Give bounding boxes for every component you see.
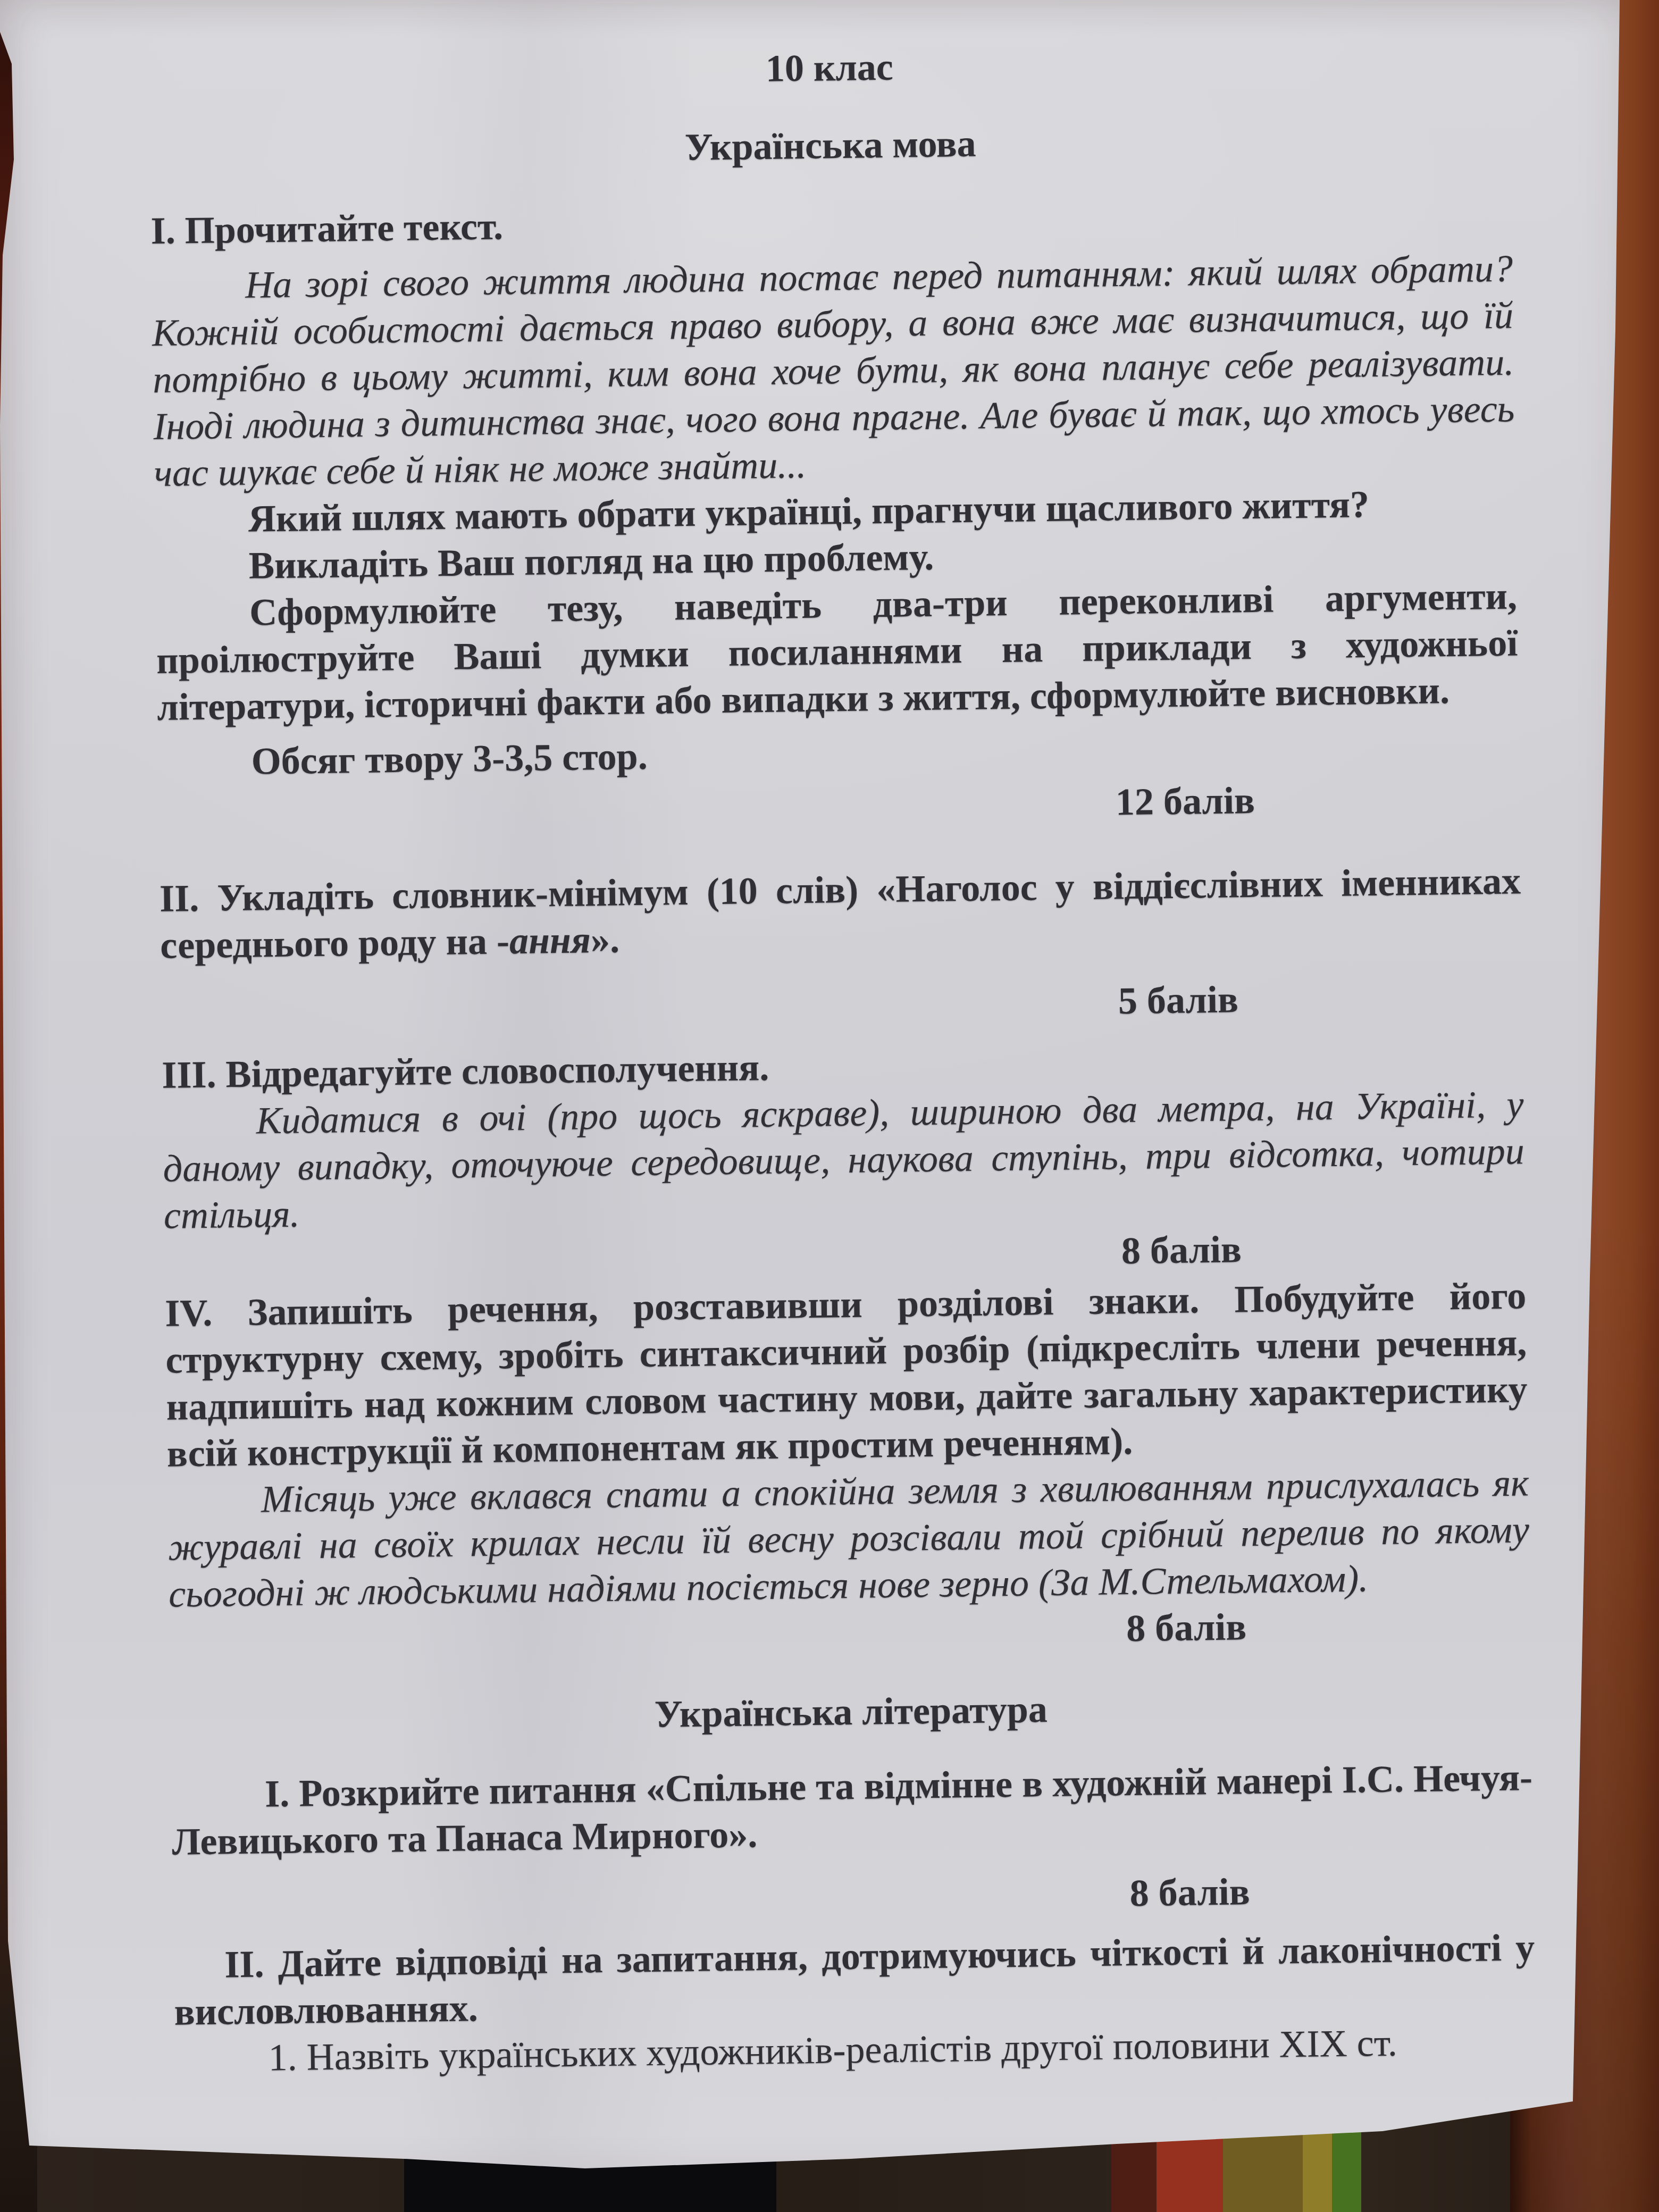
subject-title-mova: Українська мова <box>149 113 1511 178</box>
grade-title: 10 клас <box>148 35 1510 100</box>
task2-suffix-italic: ання <box>509 918 591 962</box>
task2-line-2-post: ». <box>590 918 619 961</box>
task2-score: 5 балів <box>161 972 1522 1037</box>
subject-title-literatura: Українська література <box>170 1679 1532 1744</box>
task2-line-2-pre: середнього роду на - <box>160 919 510 967</box>
task1-heading: I. Прочитайте текст. <box>150 189 1512 254</box>
document-text: 10 клас Українська мова I. Прочитайте те… <box>0 0 1659 2084</box>
photo-scene: 10 клас Українська мова I. Прочитайте те… <box>0 0 1659 2212</box>
paper-sheet: 10 клас Українська мова I. Прочитайте те… <box>0 0 1659 2212</box>
lit-task1-score: 8 балів <box>172 1864 1534 1929</box>
